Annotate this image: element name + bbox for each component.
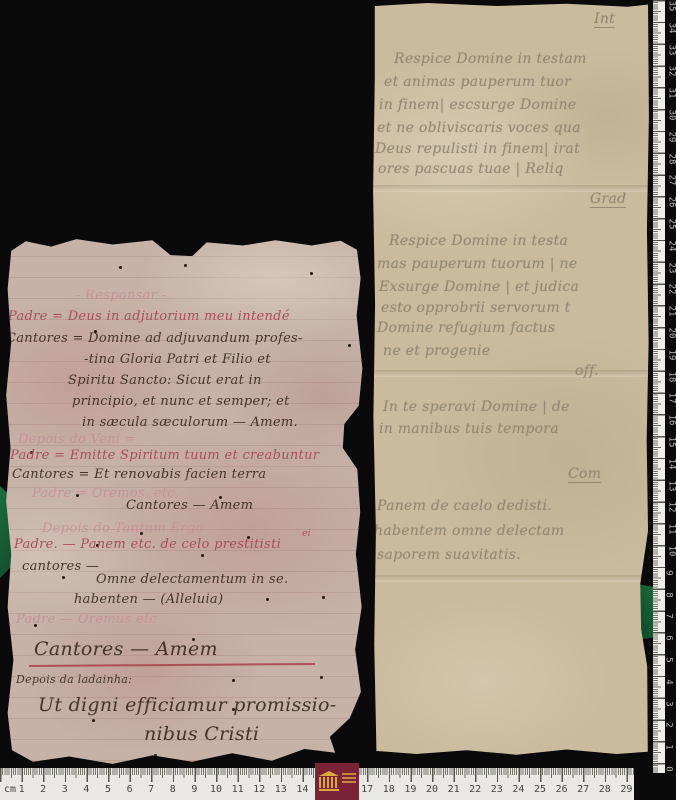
manuscript-line: nibus Cristi <box>144 723 259 745</box>
manuscript-line: Cantores — Amem <box>34 638 218 660</box>
ruler-number: 21 <box>448 784 460 795</box>
ruler-number: 8 <box>170 784 176 795</box>
manuscript-line: Spiritu Sancto: Sicut erat in <box>68 373 262 388</box>
ruler-number: 2 <box>664 723 674 728</box>
ruler-number: 20 <box>666 328 676 339</box>
manuscript-line: principio, et nunc et semper; et <box>72 394 290 409</box>
manuscript-line: et ne obliviscaris voces qua <box>377 120 581 136</box>
ruler-number: 9 <box>664 570 674 575</box>
manuscript-line: Panem de caelo dedisti. <box>377 498 552 514</box>
ruler-number: 22 <box>666 284 676 295</box>
worm-holes <box>4 236 7 239</box>
manuscript-line: Grad <box>590 191 626 208</box>
ruler-number: 7 <box>148 784 154 795</box>
ruler-number: 1 <box>664 744 674 749</box>
ruler-number: 1 <box>19 784 25 795</box>
manuscript-line: in sæcula sæculorum — Amem. <box>82 415 298 430</box>
manuscript-line: ne et progenie <box>383 343 490 359</box>
ruler-unit-label: cm <box>4 784 16 795</box>
ruler-number: 27 <box>666 175 676 186</box>
ruler-number: 23 <box>491 784 503 795</box>
ruler-number: 14 <box>296 784 308 795</box>
ruler-number: 23 <box>666 262 676 273</box>
ruler-number: 10 <box>210 784 222 795</box>
ruler-number: 8 <box>664 592 674 597</box>
manuscript-line: Cantores — Amem <box>126 498 253 513</box>
manuscript-line: Exsurge Domine | et judica <box>379 279 579 295</box>
ruler-number: 0 <box>664 766 674 771</box>
ruler-number: 17 <box>361 784 373 795</box>
manuscript-line: Depois do Tantum Ergo <box>42 521 204 536</box>
ruler-number: 26 <box>556 784 568 795</box>
ruler-number: 13 <box>666 480 676 491</box>
manuscript-line: Padre — Oremus etc <box>16 612 157 627</box>
ruler-number: 5 <box>105 784 111 795</box>
ruler-number: 9 <box>191 784 197 795</box>
ruler-number: 6 <box>664 635 674 640</box>
ruler-number: 28 <box>599 784 611 795</box>
ruler-number: 4 <box>664 679 674 684</box>
manuscript-line: et animas pauperum tuor <box>384 74 571 90</box>
archive-photo-stage: - Responsar -Padre = Deus in adjutorium … <box>0 0 676 800</box>
ruler-number: 31 <box>666 88 676 99</box>
manuscript-line: -tina Gloria Patri et Filio et <box>84 352 271 367</box>
ruler-number: 32 <box>666 66 676 77</box>
ruler-number: 4 <box>83 784 89 795</box>
ruler-number: 29 <box>666 131 676 142</box>
ruler-number: 18 <box>666 371 676 382</box>
ruler-number: 12 <box>253 784 265 795</box>
manuscript-line: Depois do Veni = <box>18 432 136 447</box>
ruler-number: 13 <box>275 784 287 795</box>
manuscript-line: habentem omne delectam <box>374 523 564 539</box>
manuscript-line: mas pauperum tuorum | ne <box>377 256 577 272</box>
manuscript-line: ei <box>302 529 311 539</box>
ruler-number: 10 <box>666 546 676 557</box>
ruler-number: 34 <box>666 22 676 33</box>
manuscript-line: Cantores = Domine ad adjuvandum profes- <box>6 331 303 346</box>
manuscript-line: Deus repulisti in finem| irat <box>375 141 580 157</box>
ruler-number: 2 <box>40 784 46 795</box>
logo-text-lines <box>342 773 356 785</box>
manuscript-line: Int <box>594 11 615 28</box>
ruler-number: 22 <box>469 784 481 795</box>
ruler-number: 12 <box>666 502 676 513</box>
manuscript-line: esto opprobrii servorum t <box>381 300 571 316</box>
manuscript-line: habenten — (Alleluia) <box>74 592 223 607</box>
ruler-number: 3 <box>664 701 674 706</box>
ruler-number: 18 <box>383 784 395 795</box>
ruler-number: 19 <box>666 349 676 360</box>
manuscript-line: Ut digni efficiamur promissio- <box>38 694 336 716</box>
ruler-number: 14 <box>666 458 676 469</box>
manuscript-line: Respice Domine in testa <box>389 233 568 249</box>
fold-crease <box>372 370 650 377</box>
manuscript-line: Padre = Emitte Spiritum tuum et creabunt… <box>10 448 319 463</box>
ruler-number: 15 <box>666 437 676 448</box>
ruler-number: 25 <box>534 784 546 795</box>
ruler-number: 17 <box>666 393 676 404</box>
right-ruler: 3534333231302928272625242322212019181716… <box>648 0 676 775</box>
ruler-number: 16 <box>666 415 676 426</box>
manuscript-line: Com <box>568 466 601 483</box>
manuscript-line: Padre. — Panem etc. de celo prestitisti <box>14 537 281 552</box>
manuscript-left-page: - Responsar -Padre = Deus in adjutorium … <box>4 236 366 766</box>
ruler-number: 29 <box>620 784 632 795</box>
bottom-ruler: cm 1234567891011121314171819202122232425… <box>0 768 634 800</box>
ruler-number: 25 <box>666 219 676 230</box>
ruler-number: 27 <box>577 784 589 795</box>
manuscript-line: Respice Domine in testam <box>394 51 587 67</box>
ruler-number: 26 <box>666 197 676 208</box>
ruler-number: 21 <box>666 306 676 317</box>
manuscript-line: cantores — <box>22 559 99 574</box>
manuscript-line: Omne delectamentum in se. <box>96 572 288 587</box>
manuscript-line: in manibus tuis tempora <box>379 421 559 437</box>
ruler-number: 19 <box>404 784 416 795</box>
ruler-number: 5 <box>664 657 674 662</box>
ruler-number: 7 <box>664 614 674 619</box>
ruler-number: 3 <box>62 784 68 795</box>
manuscript-line: in finem| escsurge Domine <box>379 97 576 113</box>
ruler-number: 6 <box>127 784 133 795</box>
ruler-number: 35 <box>666 1 676 12</box>
ruler-number: 20 <box>426 784 438 795</box>
ruler-number: 33 <box>666 44 676 55</box>
ruler-number: 24 <box>666 240 676 251</box>
ruler-number: 11 <box>666 524 676 535</box>
ruler-number: 11 <box>232 784 244 795</box>
manuscript-line: off. <box>575 363 599 379</box>
manuscript-line: - Responsar - <box>76 288 166 303</box>
ruler-number: 24 <box>512 784 524 795</box>
red-underline <box>29 663 315 667</box>
manuscript-line: Depois da ladainha: <box>16 673 132 686</box>
manuscript-line: Domine refugium factus <box>377 320 555 336</box>
manuscript-right-page: IntRespice Domine in testamet animas pau… <box>372 3 650 757</box>
manuscript-line: saporem suavitatis. <box>377 547 521 563</box>
manuscript-line: In te speravi Domine | de <box>383 399 570 415</box>
ruler-number: 28 <box>666 153 676 164</box>
building-icon <box>319 771 339 791</box>
manuscript-line: Cantores = Et renovabis facien terra <box>12 467 266 482</box>
archive-logo <box>315 763 359 800</box>
ruler-number: 30 <box>666 110 676 121</box>
manuscript-line: Padre = Deus in adjutorium meu intendé <box>8 309 290 324</box>
manuscript-line: ores pascuas tuae | Reliq <box>378 161 564 177</box>
fold-crease <box>372 575 650 582</box>
